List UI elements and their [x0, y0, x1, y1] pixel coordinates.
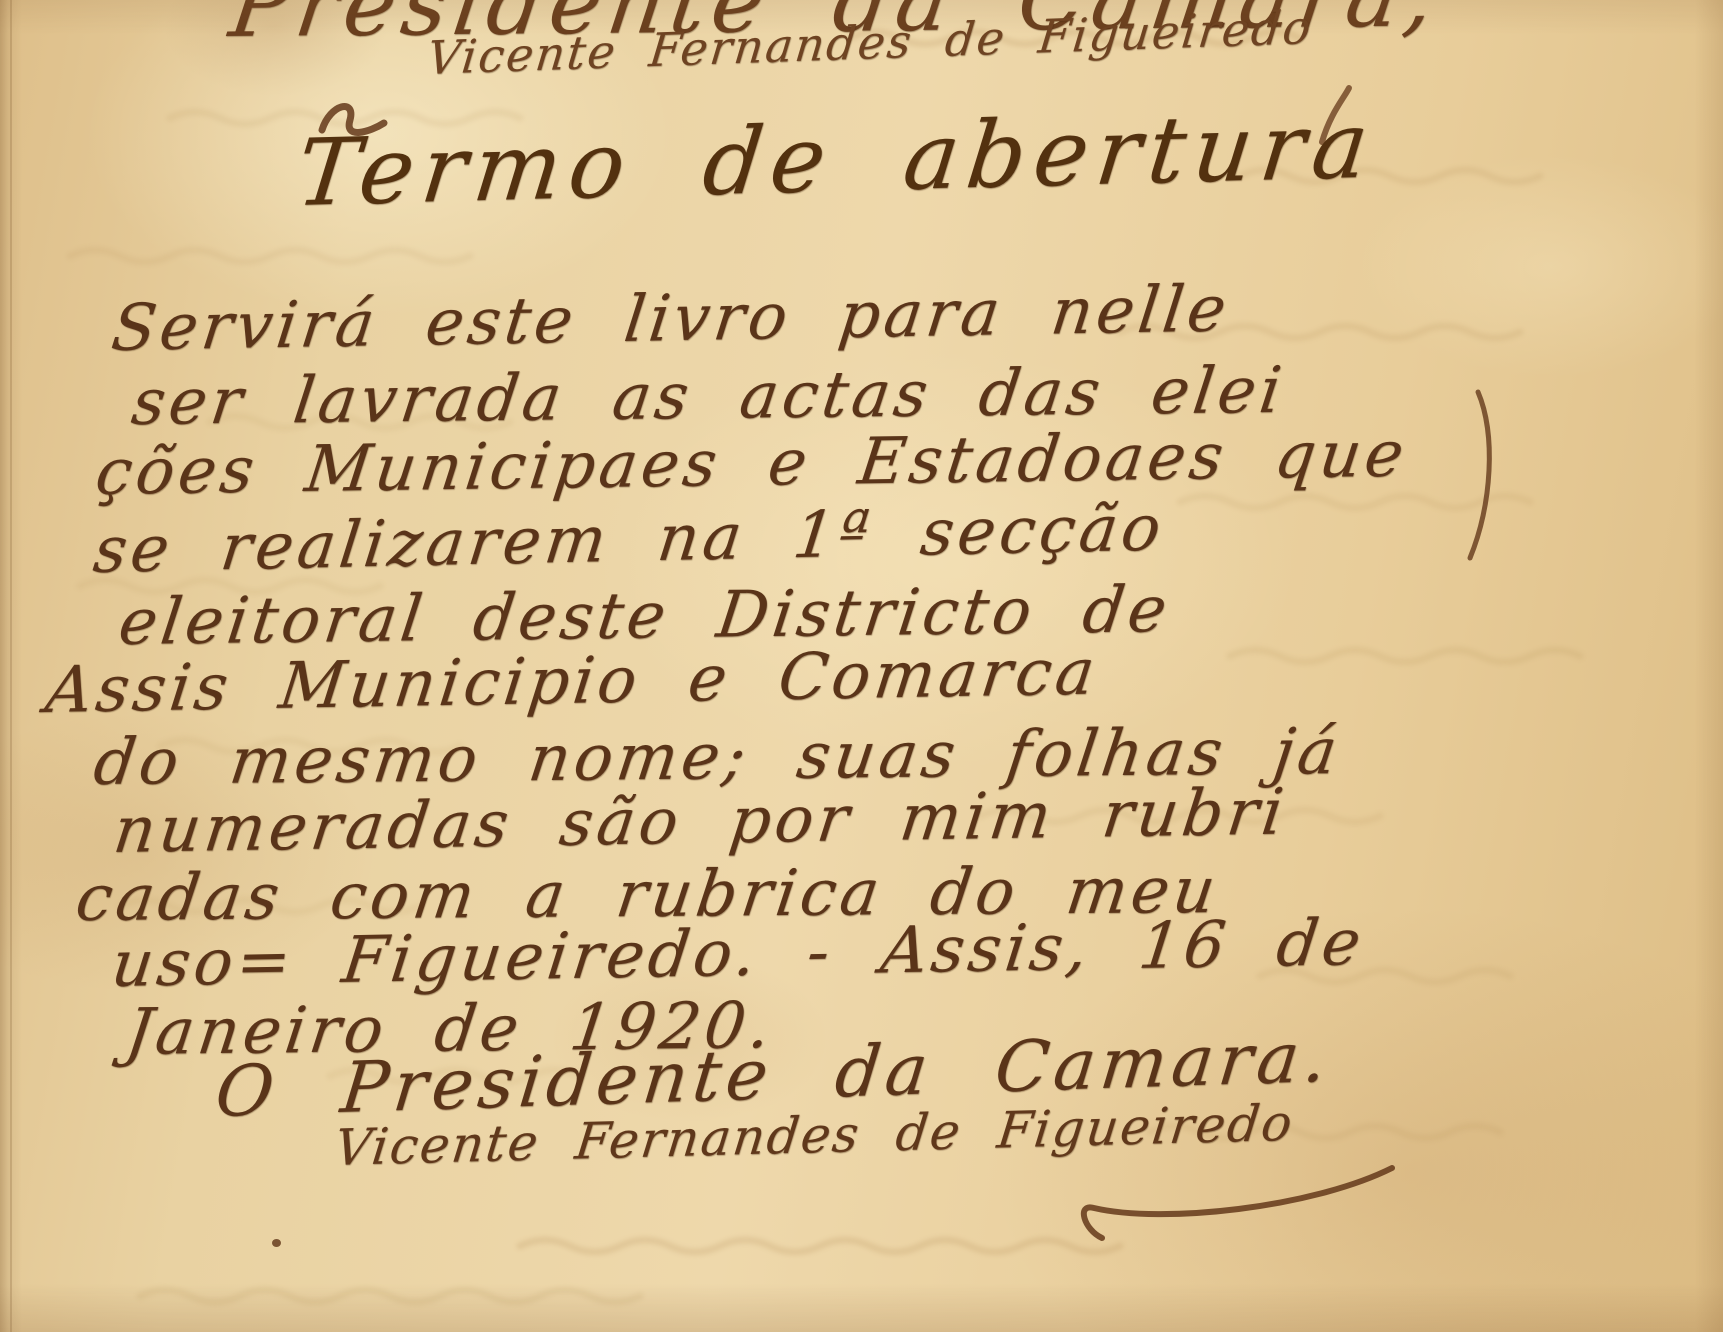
- ink-dot: [272, 1239, 281, 1247]
- body-line: numeradas são por mim rubri: [110, 779, 1291, 865]
- page-fold-line: [10, 0, 12, 1332]
- manuscript-page: Presidente da Camara, Vicente Fernandes …: [0, 0, 1723, 1332]
- body-line: Assis Municipio e Comarca: [42, 639, 1102, 725]
- body-line: se realizarem na 1ª secção: [90, 495, 1168, 585]
- body-line: Servirá este livro para nelle: [108, 276, 1233, 363]
- body-line: ções Municipaes e Estadoaes que: [92, 422, 1411, 508]
- document-title: Termo de abertura: [292, 97, 1381, 222]
